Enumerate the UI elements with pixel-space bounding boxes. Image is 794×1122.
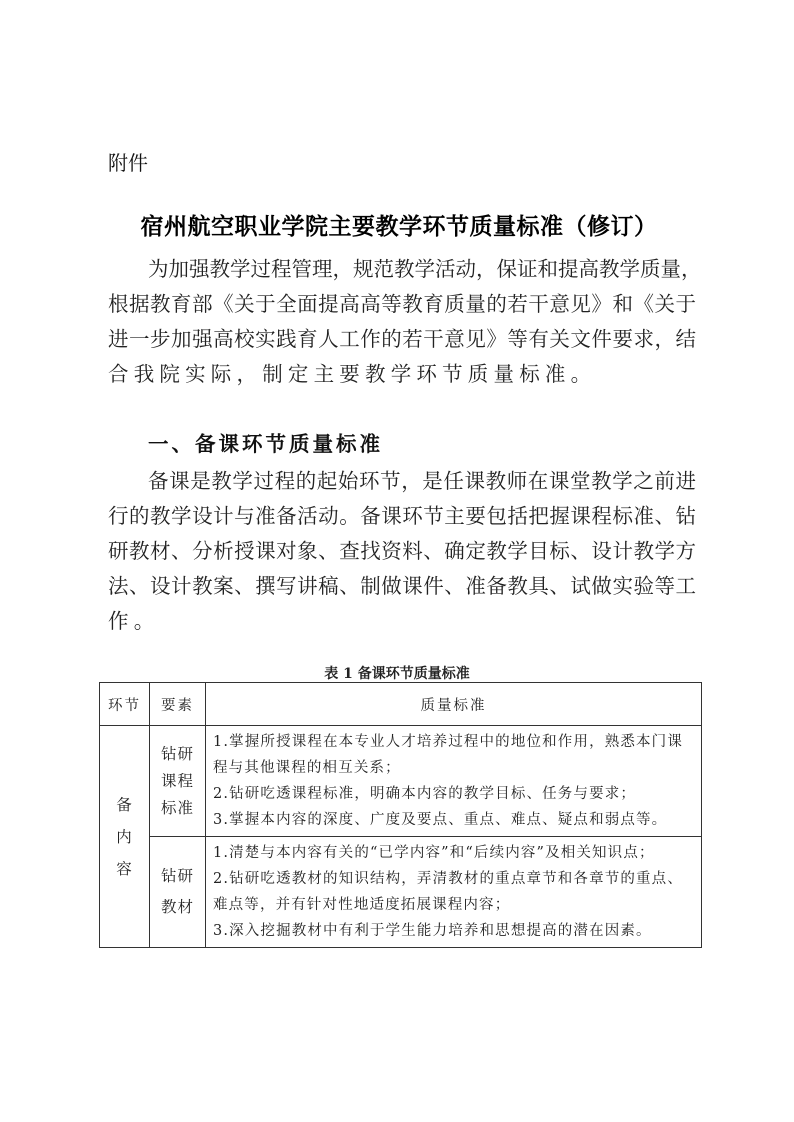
criteria-line: 2.钻研吃透教材的知识结构，弄清教材的重点章节和各章节的重点、 xyxy=(213,866,695,892)
criteria-line: 1.清楚与本内容有关的“已学内容”和“后续内容”及相关知识点； xyxy=(213,840,695,866)
criteria-line: 难点等，并有针对性地适度拓展课程内容； xyxy=(213,892,695,918)
criteria-line: 3.掌握本内容的深度、广度及要点、重点、难点、疑点和弱点等。 xyxy=(213,807,695,833)
element-cell: 钻研 课程 标准 xyxy=(150,726,206,837)
intro-line: 进一步加强高校实践育人工作的若干意见》等有关文件要求，结 xyxy=(108,322,696,357)
intro-line: 合我院实际，制定主要教学环节质量标准。 xyxy=(108,357,696,392)
element-line: 标准 xyxy=(161,795,194,822)
attachment-label: 附件 xyxy=(108,147,148,176)
stage-char: 备 xyxy=(116,789,133,821)
stage-char: 内 xyxy=(116,821,133,853)
criteria-line: 2.钻研吃透课程标准，明确本内容的教学目标、任务与要求； xyxy=(213,781,695,807)
header-criteria: 质量标准 xyxy=(206,683,702,726)
section1-line: 行的教学设计与准备活动。备课环节主要包括把握课程标准、钻 xyxy=(108,499,696,534)
quality-standard-table: 环节 要素 质量标准 备 内 容 钻研 课程 标准 1.掌握所授课程在本专业人才… xyxy=(99,682,702,948)
criteria-line: 1.掌握所授课程在本专业人才培养过程中的地位和作用，熟悉本门课 xyxy=(213,729,695,755)
section1-line: 作。 xyxy=(108,604,696,639)
criteria-line: 程与其他课程的相互关系； xyxy=(213,755,695,781)
intro-line: 为加强教学过程管理，规范教学活动，保证和提高教学质量， xyxy=(148,252,696,287)
element-line: 钻研 xyxy=(161,861,194,892)
table-caption: 表 1 备课环节质量标准 xyxy=(0,663,794,683)
header-element: 要素 xyxy=(150,683,206,726)
criteria-cell: 1.掌握所授课程在本专业人才培养过程中的地位和作用，熟悉本门课 程与其他课程的相… xyxy=(206,726,702,837)
table-row: 备 内 容 钻研 课程 标准 1.掌握所授课程在本专业人才培养过程中的地位和作用… xyxy=(100,726,702,837)
document-title: 宿州航空职业学院主要教学环节质量标准（修订） xyxy=(0,208,794,241)
element-line: 课程 xyxy=(161,768,194,795)
intro-line: 根据教育部《关于全面提高高等教育质量的若干意见》和《关于 xyxy=(108,287,696,322)
stage-char: 容 xyxy=(116,853,133,885)
criteria-line: 3.深入挖掘教材中有利于学生能力培养和思想提高的潜在因素。 xyxy=(213,918,695,944)
table-row: 钻研 教材 1.清楚与本内容有关的“已学内容”和“后续内容”及相关知识点； 2.… xyxy=(100,837,702,948)
table-header-row: 环节 要素 质量标准 xyxy=(100,683,702,726)
element-line: 钻研 xyxy=(161,741,194,768)
criteria-cell: 1.清楚与本内容有关的“已学内容”和“后续内容”及相关知识点； 2.钻研吃透教材… xyxy=(206,837,702,948)
header-stage: 环节 xyxy=(100,683,150,726)
stage-cell: 备 内 容 xyxy=(100,726,150,948)
section1-line: 法、设计教案、撰写讲稿、制做课件、准备教具、试做实验等工 xyxy=(108,569,696,604)
section-heading: 一、备课环节质量标准 xyxy=(148,427,383,457)
section1-line: 备课是教学过程的起始环节，是任课教师在课堂教学之前进 xyxy=(148,464,696,499)
section1-line: 研教材、分析授课对象、查找资料、确定教学目标、设计教学方 xyxy=(108,534,696,569)
element-cell: 钻研 教材 xyxy=(150,837,206,948)
element-line: 教材 xyxy=(161,892,194,923)
